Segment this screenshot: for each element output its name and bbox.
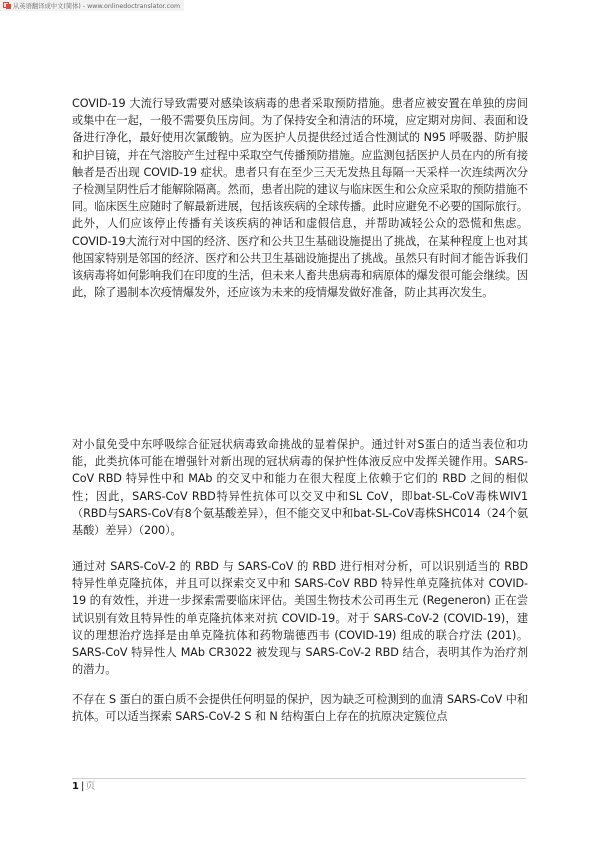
body-paragraph-3: 通过对 SARS-CoV-2 的 RBD 与 SARS-CoV 的 RBD 进行… xyxy=(72,558,528,678)
body-paragraph-4: 不存在 S 蛋白的蛋白质不会提供任何明显的保护，因为缺乏可检测到的血清 SARS… xyxy=(72,691,528,725)
body-paragraph-2: 对小鼠免受中东呼吸综合征冠状病毒致命挑战的显着保护。通过针对S蛋白的适当表位和功… xyxy=(72,436,528,539)
page-footer: 1 | 页 xyxy=(72,780,95,794)
footer-separator: | xyxy=(81,780,84,794)
translator-logo-icon xyxy=(3,2,11,9)
page-label: 页 xyxy=(85,780,95,794)
footer-divider xyxy=(72,778,526,779)
page-number: 1 xyxy=(72,780,79,794)
translator-banner[interactable]: 从英语翻译成中文(简体) - www.onlinedoctranslator.c… xyxy=(0,0,184,11)
translator-banner-text: 从英语翻译成中文(简体) - www.onlinedoctranslator.c… xyxy=(13,1,180,10)
body-paragraph-1: COVID-19 大流行导致需要对感染该病毒的患者采取预防措施。患者应被安置在单… xyxy=(72,95,528,301)
